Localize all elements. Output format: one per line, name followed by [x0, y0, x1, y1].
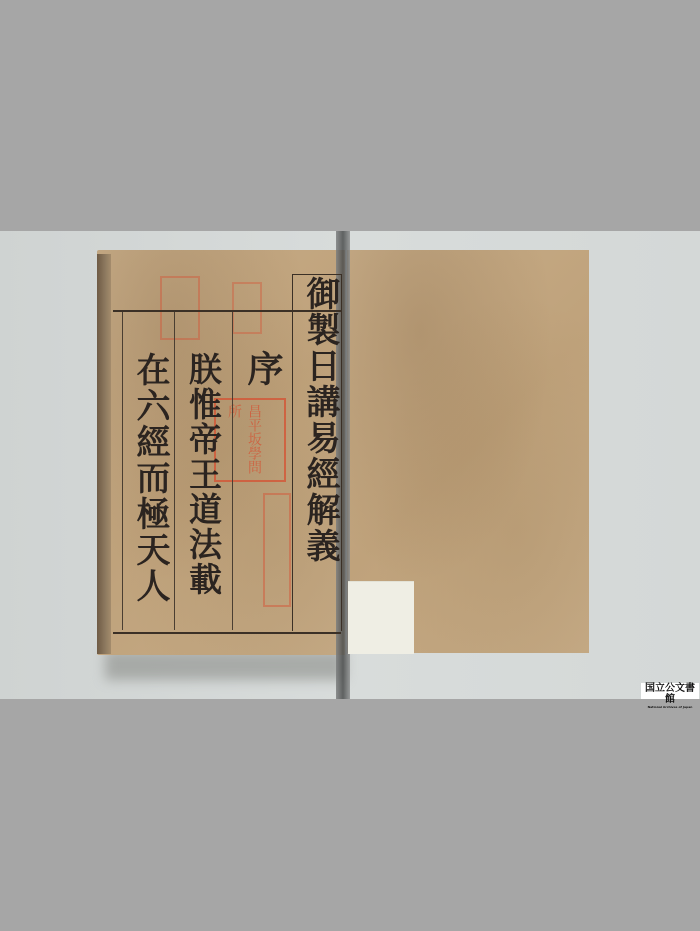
column-divider: [122, 312, 123, 630]
archive-watermark: 国立公文書館 National Archives of Japan: [641, 683, 699, 699]
watermark-subtext: National Archives of Japan: [641, 705, 699, 709]
text-column-1: 朕惟帝王道法載: [180, 352, 227, 597]
watermark-text: 国立公文書館: [645, 683, 695, 705]
book-spine-edge: [97, 254, 111, 654]
book-title: 御製日講易經解義: [296, 276, 345, 564]
text-column-2: 在六經而極天人: [126, 352, 175, 604]
paper-label-slip: [348, 581, 414, 654]
column-divider: [232, 312, 233, 630]
preface-heading: 序: [238, 350, 289, 390]
